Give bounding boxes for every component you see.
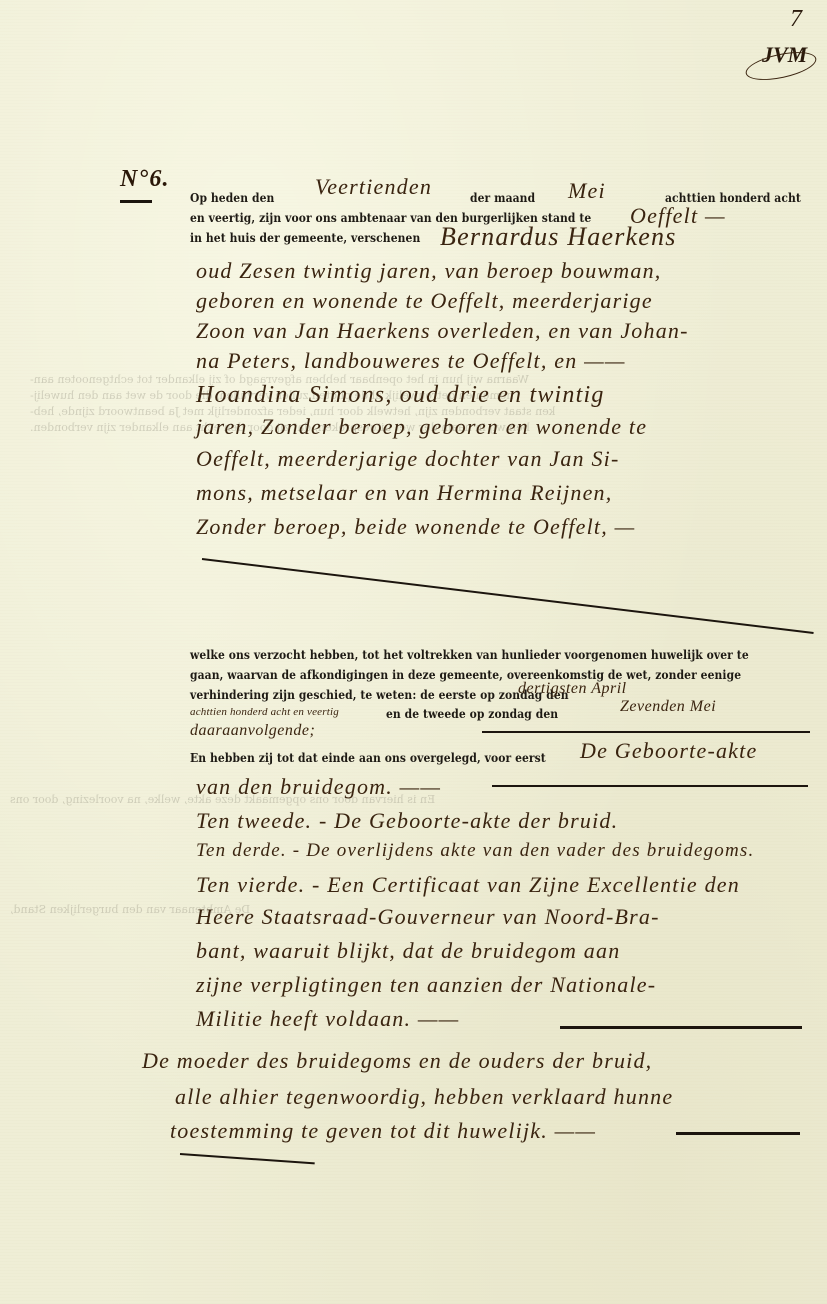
filler-line: [676, 1132, 800, 1135]
filler-line: [492, 785, 808, 787]
document-line: Militie heeft voldaan. ——: [196, 1006, 459, 1032]
documents-printed: En hebben zij tot dat einde aan ons over…: [190, 750, 546, 765]
closing-line: [180, 1153, 315, 1164]
document-line: van den bruidegom. ——: [196, 774, 441, 800]
document-line: Ten vierde. - Een Certificaat van Zijne …: [196, 872, 740, 898]
diagonal-closing-line: [202, 558, 814, 634]
request-printed-4: en de tweede op zondag den: [386, 706, 558, 721]
parties-line: geboren en wonende te Oeffelt, meerderja…: [196, 288, 653, 314]
consent-line: alle alhier tegenwoordig, hebben verklaa…: [175, 1084, 673, 1110]
first-proclamation-year: achttien honderd acht en veertig: [190, 706, 339, 718]
parties-line: oud Zesen twintig jaren, van beroep bouw…: [196, 258, 661, 284]
consent-line: toestemming te geven tot dit huwelijk. —…: [170, 1118, 596, 1144]
second-proclamation-date: Zevenden Mei: [620, 698, 716, 716]
document-page: Waarna wij hun in het openbaar hebben af…: [0, 0, 827, 1304]
intro-printed-2: der maand: [470, 190, 535, 205]
request-printed-1: welke ons verzocht hebben, tot het voltr…: [190, 647, 749, 662]
marriage-day: Veertienden: [315, 174, 432, 200]
record-number-underline: [120, 200, 152, 203]
filler-line: [560, 1026, 802, 1029]
consent-line: De moeder des bruidegoms en de ouders de…: [142, 1048, 652, 1074]
document-line: bant, waaruit blijkt, dat de bruidegom a…: [196, 938, 620, 964]
intro-printed-5: in het huis der gemeente, verschenen: [190, 230, 420, 245]
request-printed-2: gaan, waarvan de afkondigingen in deze g…: [190, 667, 741, 682]
folio-page-number: 7: [790, 6, 802, 33]
document-line: zijne verpligtingen ten aanzien der Nati…: [196, 972, 656, 998]
document-line: Heere Staatsraad-Gouverneur van Noord-Br…: [196, 904, 660, 930]
groom-name: Bernardus Haerkens: [440, 222, 677, 252]
filler-line: [482, 731, 810, 733]
parties-line: mons, metselaar en van Hermina Reijnen,: [196, 480, 612, 506]
intro-printed-1: Op heden den: [190, 190, 274, 205]
parties-line: na Peters, landbouweres te Oeffelt, en —…: [196, 348, 626, 374]
second-proclamation-cont: daaraanvolgende;: [190, 722, 315, 740]
first-proclamation-date: dertigsten April: [518, 680, 627, 698]
record-number: N°6.: [120, 166, 170, 193]
parties-line: Zoon van Jan Haerkens overleden, en van …: [196, 318, 689, 344]
document-line: Ten derde. - De overlijdens akte van den…: [196, 840, 754, 862]
document-line: De Geboorte-akte: [580, 738, 757, 764]
request-printed-3: verhindering zijn geschied, te weten: de…: [190, 687, 569, 702]
marriage-month: Mei: [568, 178, 606, 204]
parties-line: jaren, Zonder beroep, geboren en wonende…: [196, 414, 647, 440]
parties-line: Zonder beroep, beide wonende te Oeffelt,…: [196, 514, 635, 540]
parties-line: Oeffelt, meerderjarige dochter van Jan S…: [196, 446, 619, 472]
document-line: Ten tweede. - De Geboorte-akte der bruid…: [196, 808, 618, 834]
parties-line: Hoandina Simons, oud drie en twintig: [196, 382, 605, 409]
